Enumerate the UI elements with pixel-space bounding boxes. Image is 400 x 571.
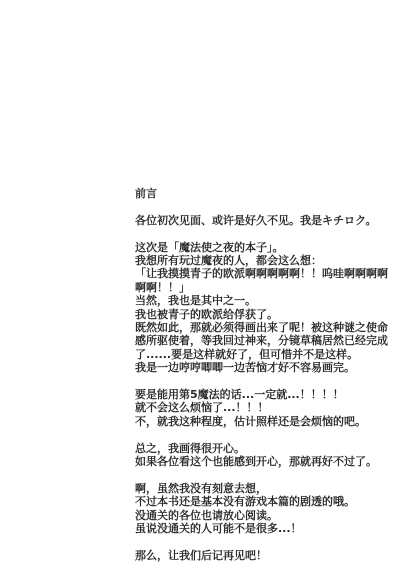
text-line: 了......要是这样就好了，但可惜并不是这样。 bbox=[135, 348, 397, 361]
preface-page: 前言 各位初次见面、或许是好久不见。我是キチロク。 这次是「魔法使之夜的本子」。… bbox=[0, 0, 400, 571]
text-line: 我也被青子的欧派给俘获了。 bbox=[135, 308, 397, 321]
paragraph-farewell: 那么，让我们后记再见吧！ bbox=[135, 549, 397, 562]
text-line: 感所驱使着，等我回过神来，分镜草稿居然已经完成 bbox=[135, 334, 397, 347]
text-line: 「让我摸摸青子的欧派啊啊啊啊啊！！呜哇啊啊啊啊 bbox=[135, 267, 397, 280]
text-line: 既然如此，那就必须得画出来了呢！被这种谜之使命 bbox=[135, 321, 397, 334]
text-line: 没通关的各位也请放心阅读。 bbox=[135, 509, 397, 522]
text-line: 总之，我画得很开心。 bbox=[135, 442, 397, 455]
text-line: 虽说没通关的人可能不是很多...！ bbox=[135, 522, 397, 535]
text-line: 我是一边哼哼唧唧一边苦恼才好不容易画完。 bbox=[135, 361, 397, 374]
text-line: 那么，让我们后记再见吧！ bbox=[135, 549, 397, 562]
text-line: 这次是「魔法使之夜的本子」。 bbox=[135, 241, 397, 254]
text-line: 不，就我这种程度，估计照样还是会烦恼的吧。 bbox=[135, 415, 397, 428]
text-line: 啊，虽然我没有刻意去想， bbox=[135, 482, 397, 495]
paragraph-main: 这次是「魔法使之夜的本子」。 我想所有玩过魔夜的人，都会这么想： 「让我摸摸青子… bbox=[135, 241, 397, 375]
paragraph-enjoy: 总之，我画得很开心。 如果各位看这个也能感到开心，那就再好不过了。 bbox=[135, 442, 397, 469]
paragraph-greeting: 各位初次见面、或许是好久不见。我是キチロク。 bbox=[135, 214, 397, 227]
paragraph-spoiler: 啊，虽然我没有刻意去想， 不过本书还是基本没有游戏本篇的剧透的哦。 没通关的各位… bbox=[135, 482, 397, 536]
text-line: 各位初次见面、或许是好久不见。我是キチロク。 bbox=[135, 214, 397, 227]
paragraph-magic: 要是能用第5魔法的话...一定就...！！！！ 就不会这么烦恼了...！！！ 不… bbox=[135, 388, 397, 428]
text-line: 如果各位看这个也能感到开心，那就再好不过了。 bbox=[135, 455, 397, 468]
page-title: 前言 bbox=[135, 187, 397, 200]
text-line: 当然，我也是其中之一。 bbox=[135, 294, 397, 307]
text-line: 我想所有玩过魔夜的人，都会这么想： bbox=[135, 254, 397, 267]
preface-text-block: 前言 各位初次见面、或许是好久不见。我是キチロク。 这次是「魔法使之夜的本子」。… bbox=[135, 187, 397, 562]
text-line: 啊啊！！」 bbox=[135, 281, 397, 294]
text-line: 不过本书还是基本没有游戏本篇的剧透的哦。 bbox=[135, 495, 397, 508]
text-line: 要是能用第5魔法的话...一定就...！！！！ bbox=[135, 388, 397, 401]
text-line: 就不会这么烦恼了...！！！ bbox=[135, 401, 397, 414]
